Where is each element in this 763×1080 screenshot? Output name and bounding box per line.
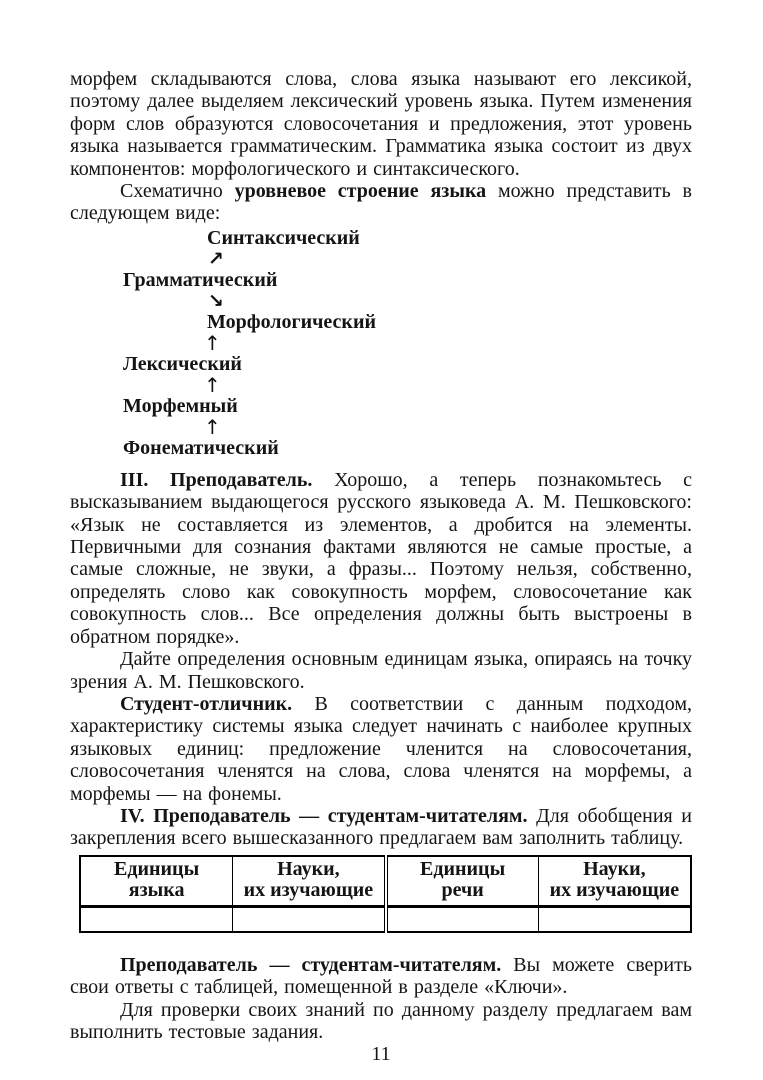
paragraph-text: морфем складываются слова, слова языка н…	[70, 68, 692, 180]
diagram-level-label: Грамматический	[123, 269, 277, 291]
diagram-arrow-row: ↑	[70, 375, 692, 396]
table-empty-row	[80, 906, 691, 932]
diagram-level-row: Морфемный	[70, 396, 692, 417]
diagram-level-label: Лексический	[123, 353, 242, 375]
paragraph: Студент-отличник. В соответствии с данны…	[70, 693, 692, 805]
diagram-arrow-row: ↗	[70, 249, 692, 270]
diagram-level-label: Фонематический	[123, 437, 279, 459]
paragraph-text: Схематично	[120, 180, 235, 202]
diagram-level-label: Синтаксический	[207, 227, 360, 249]
table-empty-cell	[538, 906, 691, 932]
table-header-row: ЕдиницыязыкаНауки,их изучающиеЕдиницыреч…	[80, 856, 691, 907]
document-page: морфем складываются слова, слова языка н…	[0, 0, 763, 1080]
diagram-level-row: Синтаксический	[70, 228, 692, 249]
table-header-line: Науки,	[539, 859, 690, 881]
table-header-cell: Единицыязыка	[80, 856, 233, 907]
diagram-level-row: Морфологический	[70, 312, 692, 333]
table-header-line: Науки,	[233, 859, 383, 881]
paragraph-text: Для проверки своих знаний по данному раз…	[70, 999, 692, 1043]
table-header-line: речи	[388, 880, 538, 902]
paragraph-bold-text: IV. Преподаватель — студентам-читателям.	[120, 805, 536, 827]
arrow-up-icon: ↑	[204, 373, 221, 397]
paragraph-bold-text: Преподаватель — студентам-читателям.	[120, 954, 513, 976]
paragraph: Преподаватель — студентам-читателям. Вы …	[70, 954, 692, 999]
middle-paragraphs: III. Преподаватель. Хорошо, а теперь поз…	[70, 469, 692, 850]
arrow-up-right-icon: ↗	[208, 248, 224, 270]
diagram-level-row: Лексический	[70, 354, 692, 375]
diagram-level-row: Грамматический	[70, 270, 692, 291]
diagram-arrow-row: ↑	[70, 333, 692, 354]
diagram-level-label: Морфемный	[123, 395, 238, 417]
table-empty-cell	[233, 906, 386, 932]
paragraph-text: Хорошо, а теперь познакомьтесь с высказы…	[70, 469, 692, 648]
arrow-up-icon: ↑	[204, 331, 221, 355]
diagram-level-row: Фонематический	[70, 438, 692, 459]
paragraph: морфем складываются слова, слова языка н…	[70, 68, 692, 180]
paragraph: Дайте определения основным единицам язык…	[70, 648, 692, 693]
table-empty-cell	[80, 906, 233, 932]
table-header-line: Единицы	[81, 859, 232, 881]
arrow-up-icon: ↑	[204, 415, 221, 439]
paragraph-bold-text: Студент-отличник.	[120, 693, 314, 715]
table-header-cell: Науки,их изучающие	[538, 856, 691, 907]
level-diagram: Синтаксический↗Грамматический↘Морфологич…	[70, 228, 692, 459]
diagram-level-label: Морфологический	[207, 311, 376, 333]
paragraph: Схематично уровневое строение языка можн…	[70, 180, 692, 225]
page-number: 11	[70, 1043, 692, 1065]
paragraph: Для проверки своих знаний по данному раз…	[70, 999, 692, 1044]
arrow-down-right-icon: ↘	[208, 290, 224, 312]
table-header-line: Единицы	[388, 859, 538, 881]
table-header-cell: Науки,их изучающие	[233, 856, 386, 907]
paragraph: III. Преподаватель. Хорошо, а теперь поз…	[70, 469, 692, 648]
bottom-paragraphs: Преподаватель — студентам-читателям. Вы …	[70, 954, 692, 1044]
diagram-arrow-row: ↑	[70, 417, 692, 438]
table-header-line: языка	[81, 880, 232, 902]
page-content: морфем складываются слова, слова языка н…	[70, 68, 692, 1066]
paragraph-text: Дайте определения основным единицам язык…	[70, 648, 692, 692]
table-header-cell: Единицыречи	[386, 856, 539, 907]
table-header-line: их изучающие	[539, 880, 690, 902]
paragraph: IV. Преподаватель — студентам-читателям.…	[70, 805, 692, 850]
table-empty-cell	[386, 906, 539, 932]
diagram-arrow-row: ↘	[70, 291, 692, 312]
table-header-line: их изучающие	[233, 880, 383, 902]
top-paragraphs: морфем складываются слова, слова языка н…	[70, 68, 692, 225]
units-sciences-table: ЕдиницыязыкаНауки,их изучающиеЕдиницыреч…	[79, 855, 692, 933]
paragraph-bold-text: уровневое строение языка	[235, 180, 487, 202]
paragraph-bold-text: III. Преподаватель.	[120, 469, 334, 491]
